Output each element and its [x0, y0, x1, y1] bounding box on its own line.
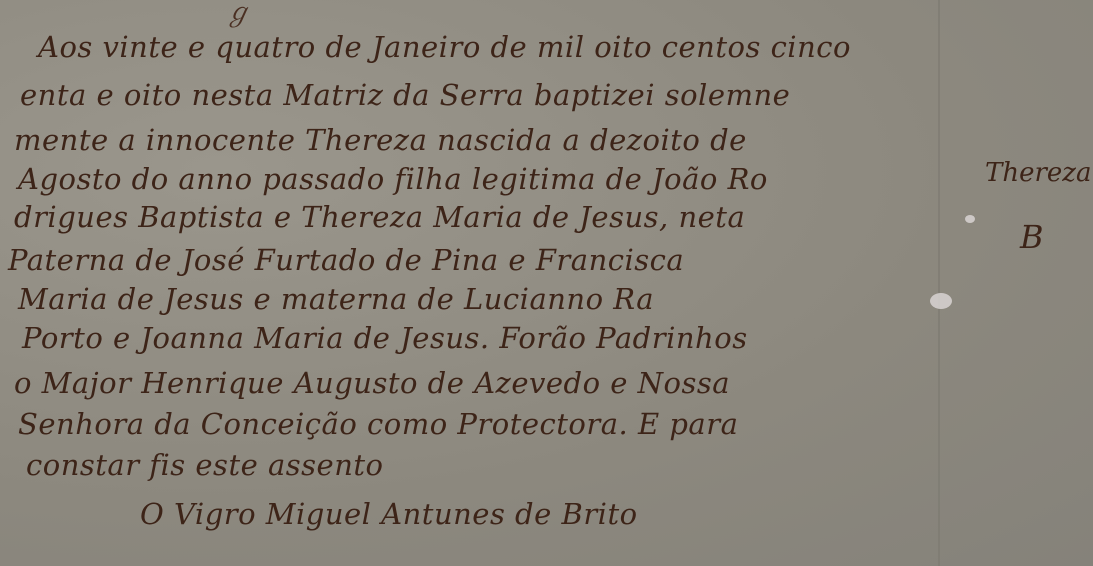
record-line-10: Senhora da Conceição como Protectora. E …	[18, 407, 738, 441]
signature: O Vigro Miguel Antunes de Brito	[140, 497, 638, 531]
paper-speck	[930, 293, 952, 309]
record-line-11: constar fis este assento	[26, 448, 383, 482]
record-line-6: Paterna de José Furtado de Pina e Franci…	[8, 243, 684, 277]
margin-rule	[938, 0, 940, 566]
record-line-9: o Major Henrique Augusto de Azevedo e No…	[14, 366, 730, 400]
record-line-2: enta e oito nesta Matriz da Serra baptiz…	[20, 78, 790, 112]
record-line-8: Porto e Joanna Maria de Jesus. Forão Pad…	[22, 321, 748, 355]
margin-note-name: Thereza	[985, 158, 1092, 188]
paper-speck	[965, 215, 975, 223]
document-page: ℊ Aos vinte e quatro de Janeiro de mil o…	[0, 0, 1093, 566]
record-line-4: Agosto do anno passado filha legitima de…	[18, 162, 768, 196]
margin-note-initial: B	[1020, 218, 1044, 256]
record-line-3: mente a innocente Thereza nascida a dezo…	[14, 123, 747, 157]
record-line-5: drigues Baptista e Thereza Maria de Jesu…	[14, 200, 745, 234]
record-line-1: Aos vinte e quatro de Janeiro de mil oit…	[38, 30, 851, 64]
top-fragment: ℊ	[225, 0, 251, 29]
record-line-7: Maria de Jesus e materna de Lucianno Ra	[18, 282, 654, 316]
